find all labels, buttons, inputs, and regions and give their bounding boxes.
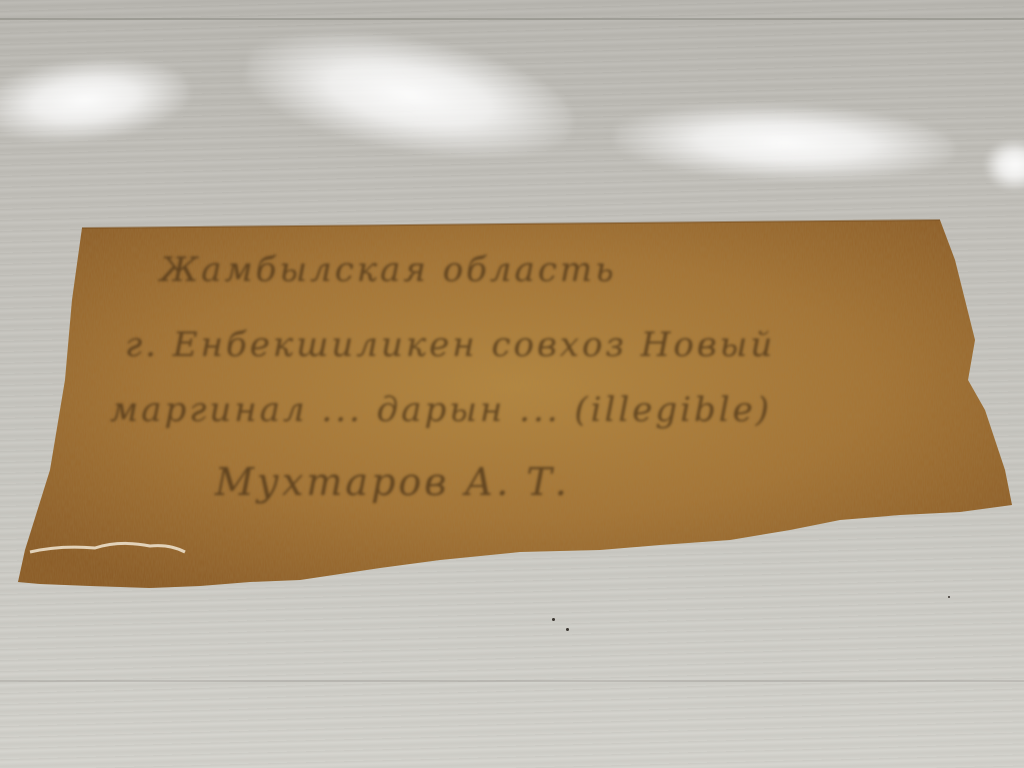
handwritten-note: Жамбылская область г. Енбекшиликен совхо… bbox=[0, 0, 1024, 768]
dust-speck bbox=[566, 628, 569, 631]
dust-speck bbox=[948, 596, 950, 598]
note-line-1: Жамбылская область bbox=[160, 250, 617, 290]
note-line-2: г. Енбекшиликен совхоз Новый bbox=[125, 325, 775, 365]
note-signature: Мухтаров А. Т. bbox=[215, 460, 570, 504]
dust-speck bbox=[552, 618, 555, 621]
note-line-3: маргинал ... дарын ... (illegible) bbox=[110, 390, 772, 430]
aged-paper-shape bbox=[0, 0, 1024, 768]
